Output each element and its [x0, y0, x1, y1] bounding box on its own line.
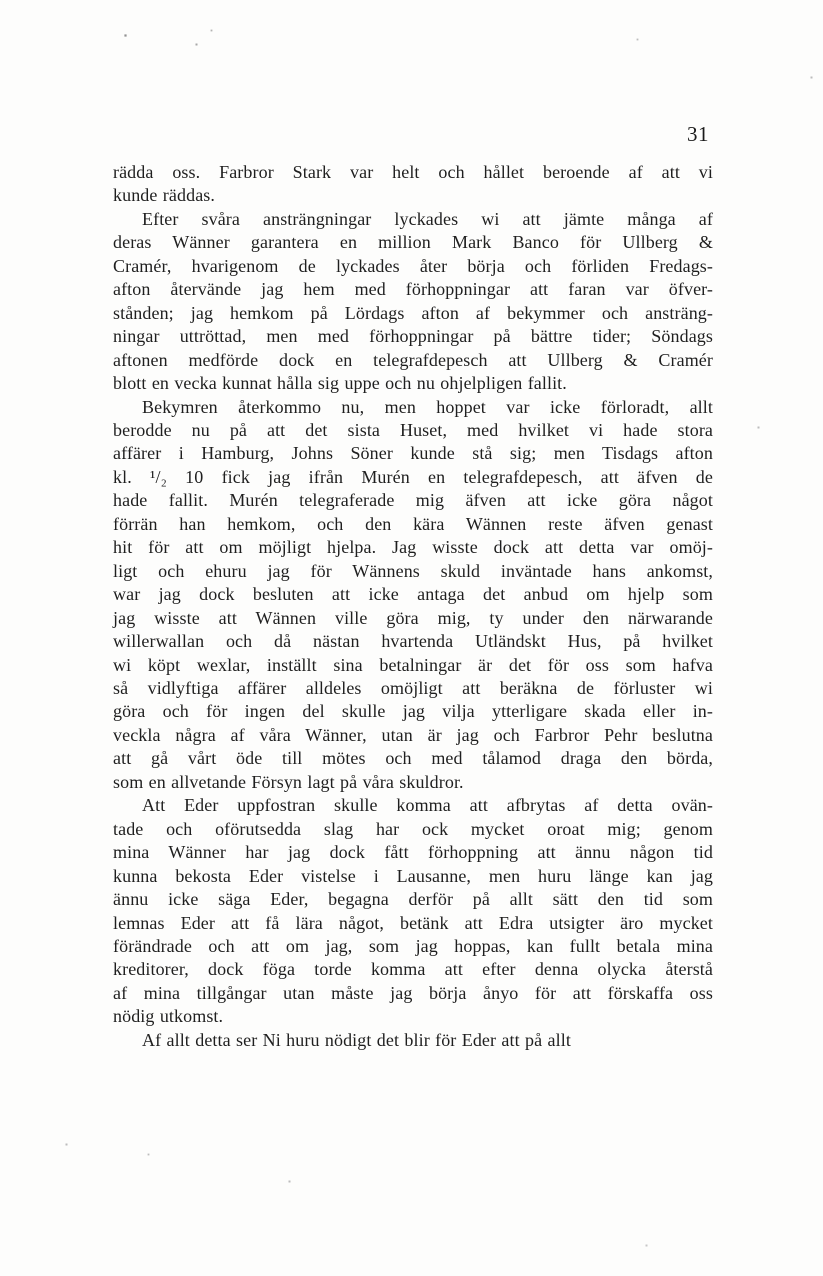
text-line: mina Wänner har jag dock fått förhoppnin…	[113, 841, 713, 864]
text-line: så vidlyftiga affärer alldeles omöjligt …	[113, 677, 713, 700]
page-text-block: rädda oss. Farbror Stark var helt och hå…	[113, 161, 713, 1052]
text-line: wi köpt wexlar, inställt sina betalninga…	[113, 654, 713, 677]
text-line: Af allt detta ser Ni huru nödigt det bli…	[113, 1029, 713, 1052]
paragraph: Bekymren återkommo nu, men hoppet var ic…	[113, 396, 713, 795]
text-line: afton återvände jag hem med förhoppninga…	[113, 278, 713, 301]
text-line: willerwallan och då nästan hvartenda Utl…	[113, 630, 713, 653]
text-line: förändrade och att om jag, som jag hoppa…	[113, 935, 713, 958]
text-line: förrän han hemkom, och den kära Wännen r…	[113, 513, 713, 536]
paragraph: Efter svåra ansträngningar lyckades wi a…	[113, 208, 713, 396]
text-line: ligt och ehuru jag för Wännens skuld inv…	[113, 560, 713, 583]
text-line: hit för att om möjligt hjelpa. Jag wisst…	[113, 536, 713, 559]
text-line: veckla några af våra Wänner, utan är jag…	[113, 724, 713, 747]
text-line: tade och oförutsedda slag har ock mycket…	[113, 818, 713, 841]
text-line: göra och för ingen del skulle jag vilja …	[113, 700, 713, 723]
text-line: nödig utkomst.	[113, 1005, 713, 1028]
text-line: kunna bekosta Eder vistelse i Lausanne, …	[113, 865, 713, 888]
text-line: Bekymren återkommo nu, men hoppet var ic…	[113, 396, 713, 419]
text-line: kl. ¹/₂ 10 fick jag ifrån Murén en teleg…	[113, 466, 713, 489]
paragraph: Att Eder uppfostran skulle komma att afb…	[113, 794, 713, 1029]
text-line: stånden; jag hemkom på Lördags afton af …	[113, 302, 713, 325]
text-line: Efter svåra ansträngningar lyckades wi a…	[113, 208, 713, 231]
text-line: hade fallit. Murén telegraferade mig äfv…	[113, 489, 713, 512]
text-line: lemnas Eder att få lära något, betänk at…	[113, 912, 713, 935]
page-number: 31	[113, 122, 709, 147]
text-line: ännu icke säga Eder, begagna derför på a…	[113, 888, 713, 911]
text-line: Att Eder uppfostran skulle komma att afb…	[113, 794, 713, 817]
text-line: aftonen medförde dock en telegrafdepesch…	[113, 349, 713, 372]
text-line: blott en vecka kunnat hålla sig uppe och…	[113, 372, 713, 395]
scan-specks	[0, 0, 1, 1]
text-line: jag wisste att Wännen ville göra mig, ty…	[113, 607, 713, 630]
text-line: war jag dock besluten att icke antaga de…	[113, 583, 713, 606]
text-line: kunde räddas.	[113, 184, 713, 207]
book-page: 31 rädda oss. Farbror Stark var helt och…	[0, 0, 823, 1276]
text-line: deras Wänner garantera en million Mark B…	[113, 231, 713, 254]
text-line: berodde nu på att det sista Huset, med h…	[113, 419, 713, 442]
text-line: att gå vårt öde till mötes och med tålam…	[113, 747, 713, 770]
text-line: kreditorer, dock föga torde komma att ef…	[113, 958, 713, 981]
paragraph: rädda oss. Farbror Stark var helt och hå…	[113, 161, 713, 208]
text-line: ningar uttröttad, men med förhoppningar …	[113, 325, 713, 348]
text-line: affärer i Hamburg, Johns Söner kunde stå…	[113, 442, 713, 465]
text-line: Cramér, hvarigenom de lyckades åter börj…	[113, 255, 713, 278]
paragraph: Af allt detta ser Ni huru nödigt det bli…	[113, 1029, 713, 1052]
text-line: af mina tillgångar utan måste jag börja …	[113, 982, 713, 1005]
text-line: som en allvetande Försyn lagt på våra sk…	[113, 771, 713, 794]
text-line: rädda oss. Farbror Stark var helt och hå…	[113, 161, 713, 184]
